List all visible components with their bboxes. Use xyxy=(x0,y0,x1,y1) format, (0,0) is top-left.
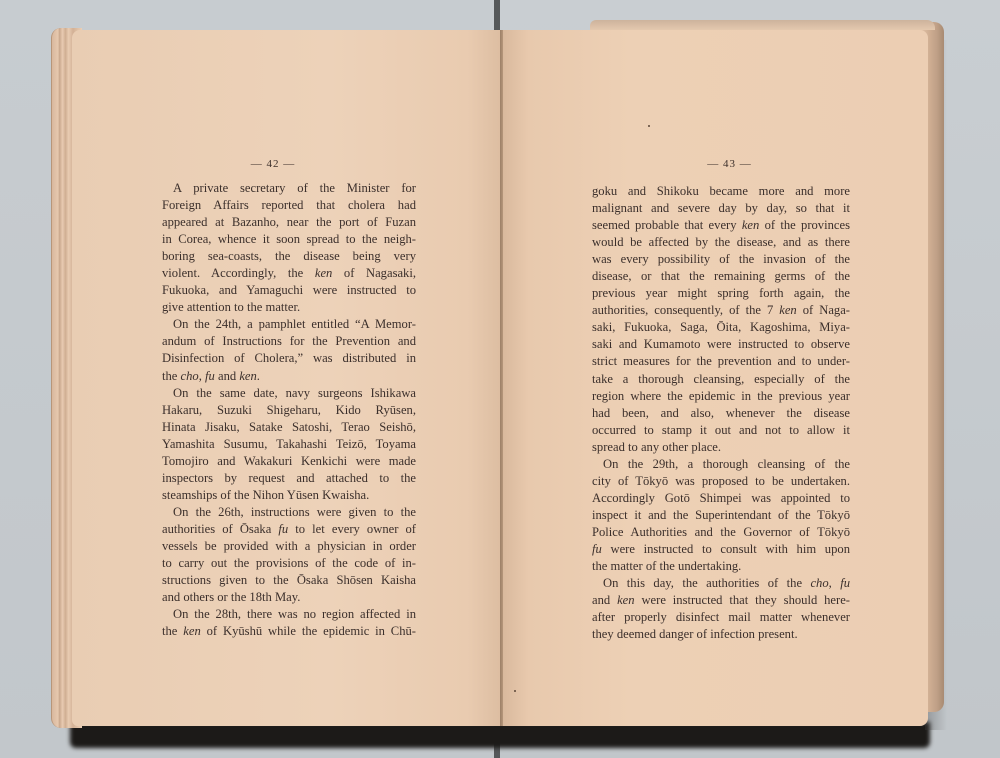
text-segment: On the 24th, a pamphlet entitled “A Memo… xyxy=(173,317,416,331)
text-segment: On the 29th, a thorough cleansing of the xyxy=(603,457,850,471)
text-segment: inspect it and the Superintendant of the… xyxy=(592,508,850,522)
page-number-right: — 43 — xyxy=(517,158,942,170)
text-segment: had been, and also, whenever the disease xyxy=(592,406,850,420)
text-line: structions given to the Ōsaka Shōsen Kai… xyxy=(162,572,416,589)
text-line: and others or the 18th May. xyxy=(162,589,416,606)
text-segment: A private secretary of the Minister for xyxy=(173,181,416,195)
text-segment: disease, or that the remaining germs of … xyxy=(592,269,850,283)
italic-term: ken xyxy=(742,218,759,232)
text-segment: were instructed to consult with him upon xyxy=(602,542,850,556)
text-line: saki and Kumamoto were instructed to obs… xyxy=(592,336,850,353)
text-line: strict measures for the prevention and t… xyxy=(592,353,850,370)
text-segment: On this day, the authorities of the xyxy=(603,576,810,590)
text-line: city of Tōkyō was proposed to be underta… xyxy=(592,473,850,490)
text-segment: steamships of the Nihon Yūsen Kwaisha. xyxy=(162,488,369,502)
text-line: Hinata Jisaku, Satake Satoshi, Terao Sei… xyxy=(162,419,416,436)
text-line: On this day, the authorities of the cho,… xyxy=(592,575,850,592)
italic-term: fu xyxy=(592,542,602,556)
text-line: region where the epidemic in the previou… xyxy=(592,388,850,405)
text-segment: inspectors by request and attached to th… xyxy=(162,471,416,485)
text-line: On the 28th, there was no region affecte… xyxy=(162,606,416,623)
paper-speck xyxy=(514,690,516,692)
text-line: Tomojiro and Wakakuri Kenkichi were made xyxy=(162,453,416,470)
text-segment: andum of Instructions for the Prevention… xyxy=(162,334,416,348)
text-line: Police Authorities and the Governor of T… xyxy=(592,524,850,541)
text-line: and ken were instructed that they should… xyxy=(592,592,850,609)
text-segment: previous year might spring forth again, … xyxy=(592,286,850,300)
text-segment: Yamashita Susumu, Takahashi Teizō, Toyam… xyxy=(162,437,416,451)
text-line: was every possibility of the invasion of… xyxy=(592,251,850,268)
italic-term: fu xyxy=(205,369,215,383)
paper-speck xyxy=(648,125,650,127)
text-line: saki, Fukuoka, Saga, Ōita, Kagoshima, Mi… xyxy=(592,319,850,336)
text-line: violent. Accordingly, the ken of Nagasak… xyxy=(162,265,416,282)
text-line: the cho, fu and ken. xyxy=(162,368,416,385)
text-segment: of Nagasaki, xyxy=(332,266,416,280)
text-line: Hakaru, Suzuki Shigeharu, Kido Ryūsen, xyxy=(162,402,416,419)
text-segment: to let every owner of xyxy=(288,522,416,536)
right-page: — 43 — goku and Shikoku became more and … xyxy=(503,30,928,726)
text-line: the ken of Kyūshū while the epidemic in … xyxy=(162,623,416,640)
text-segment: saki and Kumamoto were instructed to obs… xyxy=(592,337,850,351)
text-line: Fukuoka, and Yamaguchi were instructed t… xyxy=(162,282,416,299)
text-segment: Foreign Affairs reported that cholera ha… xyxy=(162,198,416,212)
text-segment: spread to any other place. xyxy=(592,440,721,454)
text-segment: seemed probable that every xyxy=(592,218,742,232)
page-number-left: — 42 — xyxy=(58,158,488,170)
text-segment: structions given to the Ōsaka Shōsen Kai… xyxy=(162,573,416,587)
text-line: spread to any other place. xyxy=(592,439,850,456)
text-segment: was every possibility of the invasion of… xyxy=(592,252,850,266)
text-line: malignant and severe day by day, so that… xyxy=(592,200,850,217)
text-line: in Corea, whence it soon spread to the n… xyxy=(162,231,416,248)
text-line: disease, or that the remaining germs of … xyxy=(592,268,850,285)
text-segment: On the 26th, instructions were given to … xyxy=(173,505,416,519)
text-segment: of Naga- xyxy=(797,303,850,317)
text-segment: strict measures for the prevention and t… xyxy=(592,354,850,368)
text-segment: Hinata Jisaku, Satake Satoshi, Terao Sei… xyxy=(162,420,416,434)
text-line: goku and Shikoku became more and more xyxy=(592,183,850,200)
italic-term: fu xyxy=(278,522,288,536)
italic-term: ken xyxy=(779,303,796,317)
text-line: boring sea-coasts, the disease being ver… xyxy=(162,248,416,265)
text-segment: violent. Accordingly, the xyxy=(162,266,315,280)
text-line: occurred to stamp it out and not to allo… xyxy=(592,422,850,439)
text-segment: region where the epidemic in the previou… xyxy=(592,389,850,403)
text-segment: vessels be provided with a physician in … xyxy=(162,539,416,553)
text-line: Disinfection of Cholera,” was distribute… xyxy=(162,350,416,367)
text-line: fu were instructed to consult with him u… xyxy=(592,541,850,558)
text-line: On the 29th, a thorough cleansing of the xyxy=(592,456,850,473)
text-line: had been, and also, whenever the disease xyxy=(592,405,850,422)
italic-term: cho xyxy=(810,576,828,590)
italic-term: ken xyxy=(617,593,634,607)
left-page: — 42 — A private secretary of the Minist… xyxy=(72,30,502,726)
text-segment: the matter of the undertaking. xyxy=(592,559,741,573)
text-line: would be affected by the disease, and as… xyxy=(592,234,850,251)
right-top-page-edge xyxy=(590,20,935,30)
text-segment: Fukuoka, and Yamaguchi were instructed t… xyxy=(162,283,416,297)
text-line: On the same date, navy surgeons Ishikawa xyxy=(162,385,416,402)
text-segment: boring sea-coasts, the disease being ver… xyxy=(162,249,416,263)
text-line: andum of Instructions for the Prevention… xyxy=(162,333,416,350)
text-segment: malignant and severe day by day, so that… xyxy=(592,201,850,215)
italic-term: cho xyxy=(181,369,199,383)
italic-term: fu xyxy=(840,576,850,590)
text-segment: the xyxy=(162,369,181,383)
text-line: A private secretary of the Minister for xyxy=(162,180,416,197)
text-segment: , xyxy=(829,576,841,590)
italic-term: ken xyxy=(239,369,256,383)
text-segment: goku and Shikoku became more and more xyxy=(592,184,850,198)
text-segment: city of Tōkyō was proposed to be underta… xyxy=(592,474,850,488)
text-segment: Tomojiro and Wakakuri Kenkichi were made xyxy=(162,454,416,468)
text-segment: the xyxy=(162,624,183,638)
text-line: previous year might spring forth again, … xyxy=(592,285,850,302)
text-line: take a thorough cleansing, especially of… xyxy=(592,371,850,388)
right-page-text: goku and Shikoku became more and moremal… xyxy=(592,183,850,643)
text-segment: give attention to the matter. xyxy=(162,300,300,314)
text-line: seemed probable that every ken of the pr… xyxy=(592,217,850,234)
text-line: On the 26th, instructions were given to … xyxy=(162,504,416,521)
text-line: inspect it and the Superintendant of the… xyxy=(592,507,850,524)
text-line: steamships of the Nihon Yūsen Kwaisha. xyxy=(162,487,416,504)
text-segment: take a thorough cleansing, especially of… xyxy=(592,372,850,386)
text-segment: after properly disinfect mail matter whe… xyxy=(592,610,850,624)
text-segment: Disinfection of Cholera,” was distribute… xyxy=(162,351,416,365)
text-segment: of the provinces xyxy=(759,218,850,232)
italic-term: ken xyxy=(315,266,332,280)
text-line: give attention to the matter. xyxy=(162,299,416,316)
left-page-text: A private secretary of the Minister forF… xyxy=(162,180,416,640)
text-segment: they deemed danger of infection present. xyxy=(592,627,798,641)
text-segment: saki, Fukuoka, Saga, Ōita, Kagoshima, Mi… xyxy=(592,320,850,334)
text-segment: authorities, consequently, of the 7 xyxy=(592,303,779,317)
text-segment: Accordingly Gotō Shimpei was appointed t… xyxy=(592,491,850,505)
text-line: after properly disinfect mail matter whe… xyxy=(592,609,850,626)
text-segment: and others or the 18th May. xyxy=(162,590,300,604)
text-segment: authorities of Ōsaka xyxy=(162,522,278,536)
text-line: the matter of the undertaking. xyxy=(592,558,850,575)
text-segment: of Kyūshū while the epidemic in Chū- xyxy=(201,624,416,638)
text-segment: and xyxy=(592,593,617,607)
text-segment: occurred to stamp it out and not to allo… xyxy=(592,423,850,437)
text-line: inspectors by request and attached to th… xyxy=(162,470,416,487)
text-segment: Hakaru, Suzuki Shigeharu, Kido Ryūsen, xyxy=(162,403,416,417)
text-segment: . xyxy=(257,369,260,383)
text-line: to carry out the provisions of the code … xyxy=(162,555,416,572)
text-segment: and xyxy=(215,369,239,383)
text-segment: were instructed that they should here- xyxy=(635,593,850,607)
text-line: Foreign Affairs reported that cholera ha… xyxy=(162,197,416,214)
text-line: they deemed danger of infection present. xyxy=(592,626,850,643)
text-segment: in Corea, whence it soon spread to the n… xyxy=(162,232,416,246)
text-line: Accordingly Gotō Shimpei was appointed t… xyxy=(592,490,850,507)
text-segment: Police Authorities and the Governor of T… xyxy=(592,525,850,539)
text-line: On the 24th, a pamphlet entitled “A Memo… xyxy=(162,316,416,333)
text-segment: On the 28th, there was no region affecte… xyxy=(173,607,416,621)
text-segment: to carry out the provisions of the code … xyxy=(162,556,416,570)
text-segment: appeared at Bazanho, near the port of Fu… xyxy=(162,215,416,229)
text-line: vessels be provided with a physician in … xyxy=(162,538,416,555)
text-line: Yamashita Susumu, Takahashi Teizō, Toyam… xyxy=(162,436,416,453)
text-line: appeared at Bazanho, near the port of Fu… xyxy=(162,214,416,231)
text-segment: On the same date, navy surgeons Ishikawa xyxy=(173,386,416,400)
text-line: authorities, consequently, of the 7 ken … xyxy=(592,302,850,319)
text-line: authorities of Ōsaka fu to let every own… xyxy=(162,521,416,538)
text-segment: would be affected by the disease, and as… xyxy=(592,235,850,249)
italic-term: ken xyxy=(183,624,200,638)
